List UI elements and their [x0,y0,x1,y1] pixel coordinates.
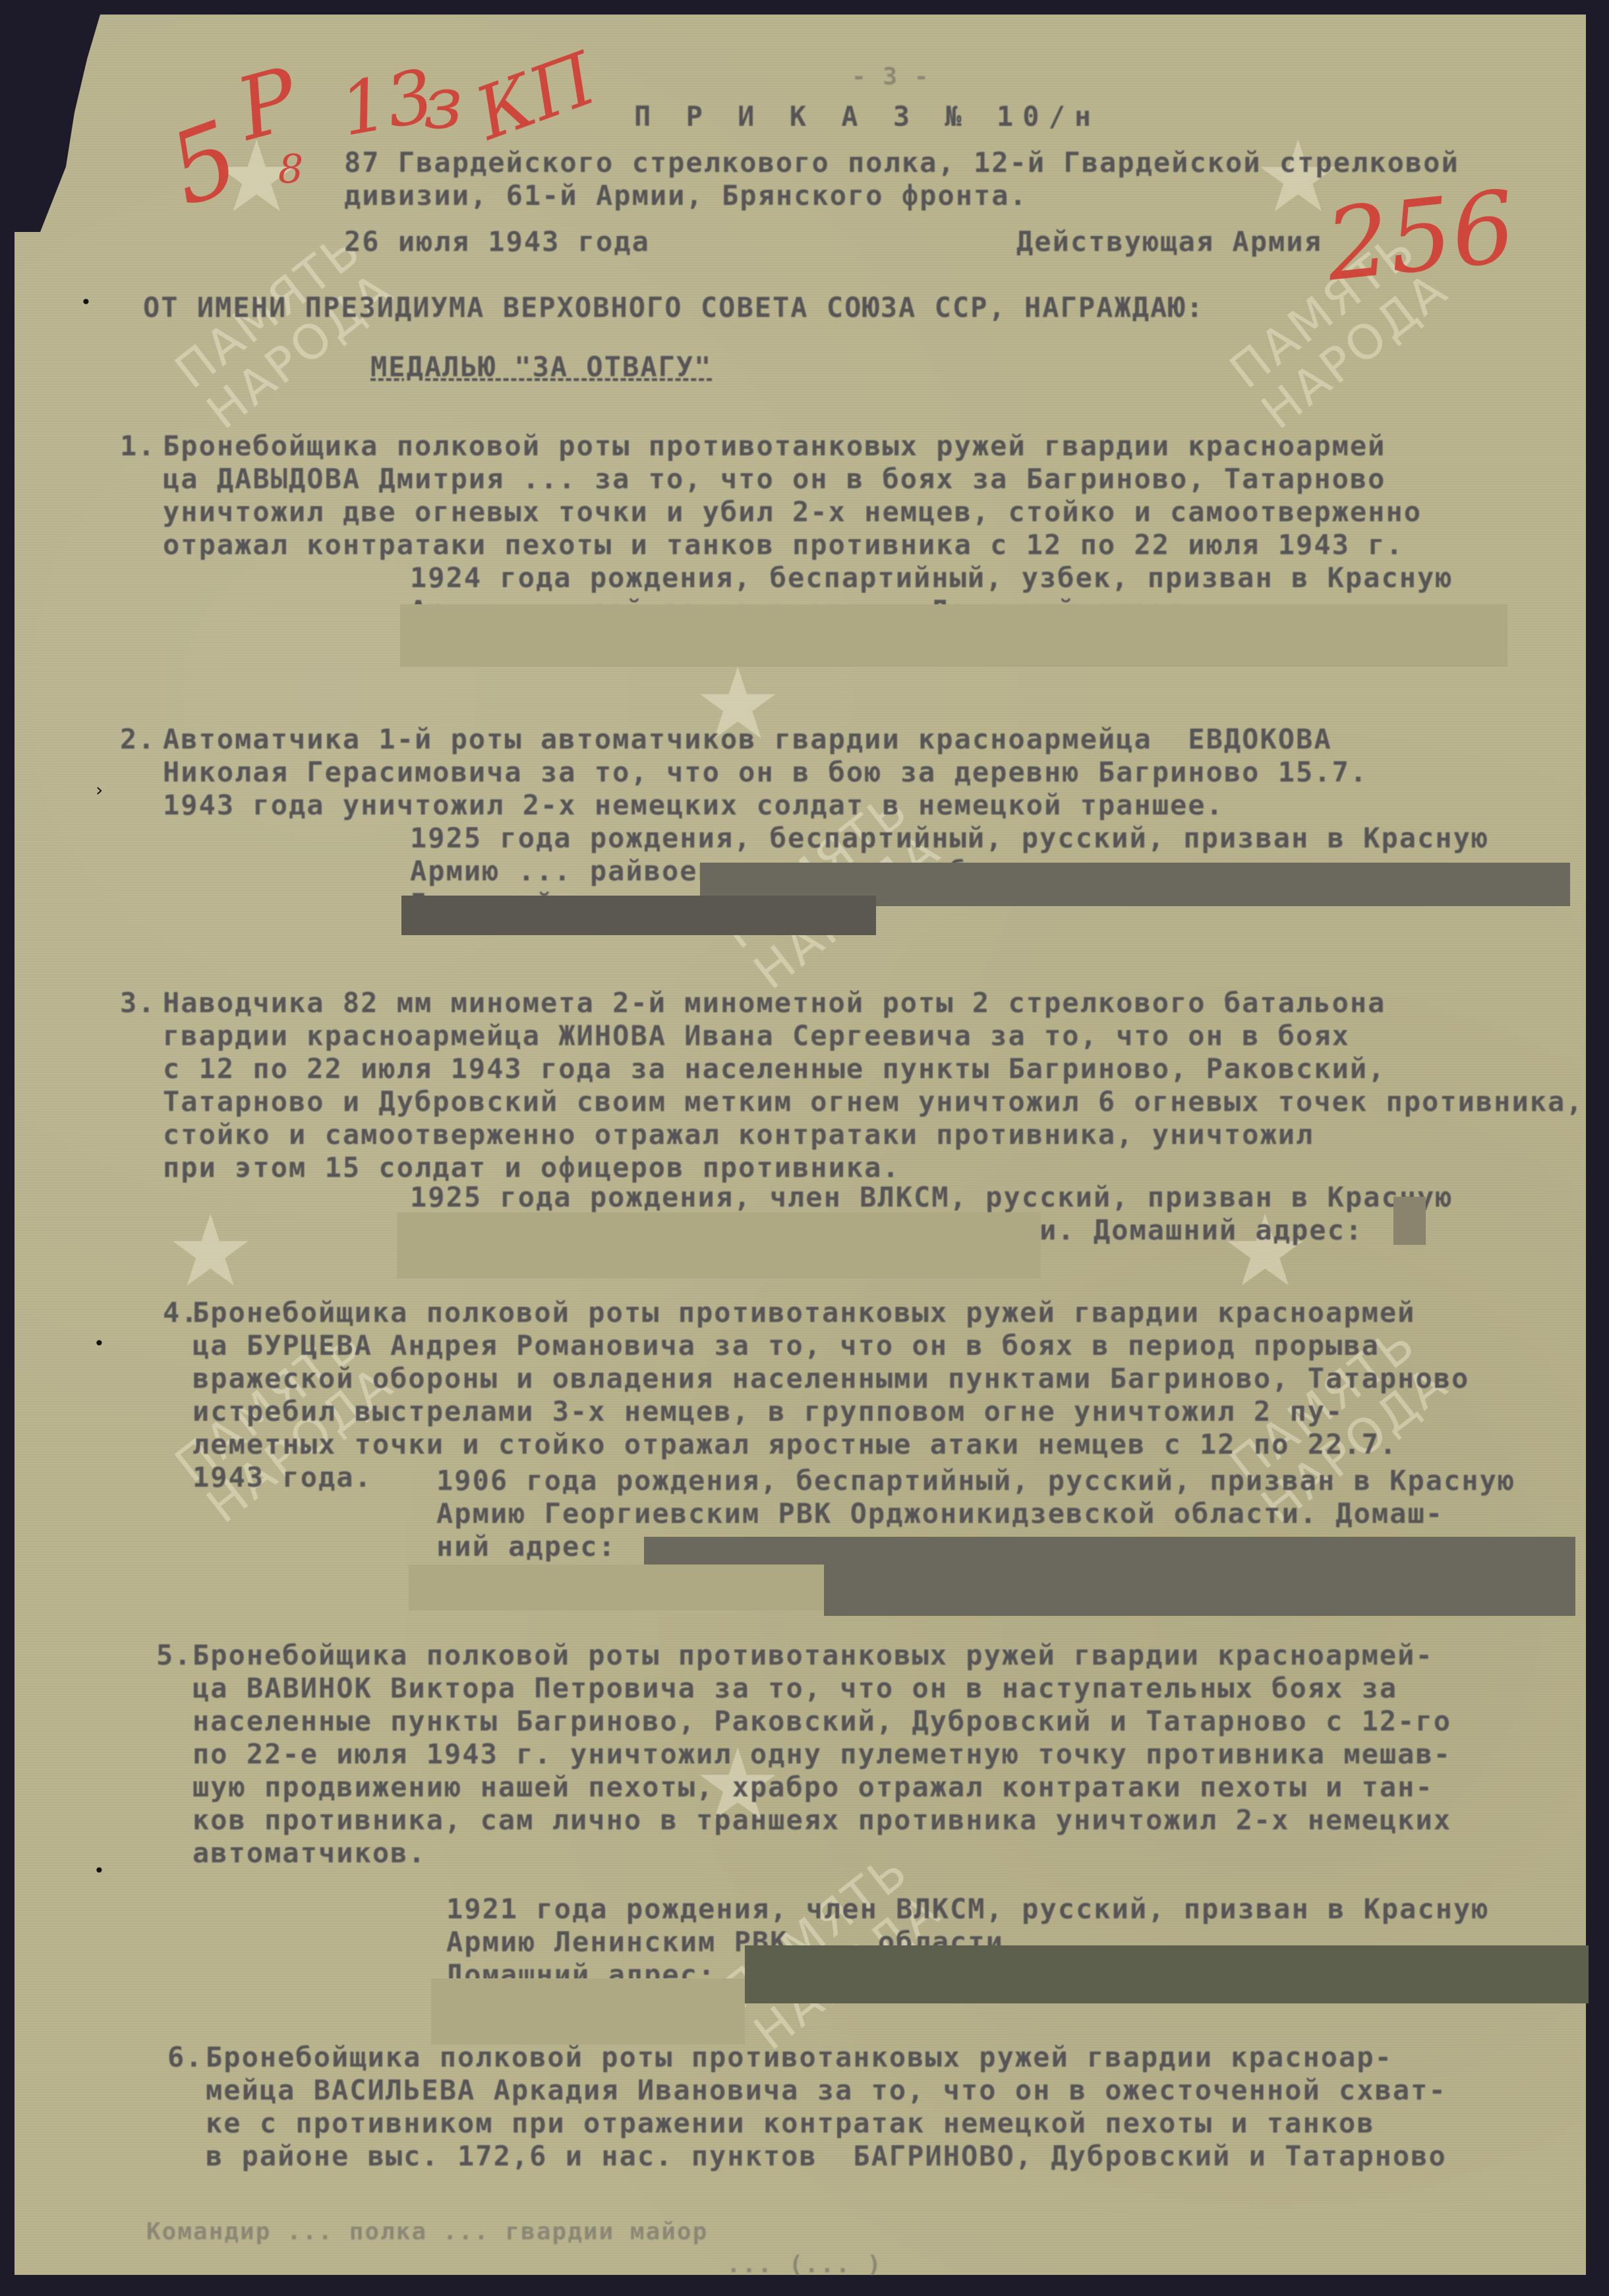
entry-number: 1. [120,430,156,463]
entry-5-bio: 1921 года рождения, член ВЛКСМ, русский,… [446,1893,1490,1926]
entry-6-line: в районе выс. 172,6 и нас. пунктов БАГРИ… [206,2140,1447,2173]
entry-4-bio: ний адрес: [436,1530,616,1563]
punch-mark: › [94,779,105,801]
entry-5-line: ца ВАВИНОК Виктора Петровича за то, что … [192,1672,1397,1705]
entry-2-line: Автоматчика 1-й роты автоматчиков гварди… [163,723,1332,756]
entry-6-line: мейца ВАСИЛЬЕВА Аркадия Ивановича за то,… [206,2074,1447,2107]
footer-bleed-through: Командир ... полка ... гвардии майор [146,2216,708,2249]
torn-corner [15,14,100,232]
entry-4-line: ца БУРЦЕВА Андрея Романовича за то, что … [192,1329,1380,1362]
entry-number: 3. [120,987,156,1019]
order-title: П Р И К А З № 10/н [634,100,1100,133]
red-pencil-mark: 8 [278,146,303,192]
entry-number: 2. [120,723,156,756]
punch-mark: • [80,291,92,313]
entry-6-line: Бронебойщика полковой роты противотанков… [206,2041,1393,2074]
preamble: ОТ ИМЕНИ ПРЕЗИДИУМА ВЕРХОВНОГО СОВЕТА СО… [143,291,1204,324]
entry-5-line: ков противника, сам лично в траншеях про… [192,1804,1451,1837]
redaction-block [397,1213,1041,1278]
redaction-block [644,1537,1575,1566]
entry-3-line: с 12 по 22 июля 1943 года за населенные … [163,1052,1386,1085]
document-page: ПАМЯТЬ НАРОДА ПАМЯТЬ НАРОДА ПАМЯТЬ НАРОД… [15,14,1586,2275]
page-number: - 3 - [852,61,929,94]
entry-4-line: истребил выстрелами 3-х немцев, в группо… [192,1395,1343,1428]
red-page-number: 256 [1321,170,1521,304]
entry-3-line: Татарново и Дубровский своим метким огне… [163,1085,1584,1118]
award-heading: МЕДАЛЬЮ "ЗА ОТВАГУ" [370,351,712,384]
entry-5-line: автоматчиков. [192,1837,426,1870]
entry-number: 5. [156,1639,192,1672]
redaction-block [1393,1197,1426,1245]
redaction-block [400,604,1507,667]
entry-1-line: уничтожил две огневых точки и убил 2-х н… [163,496,1422,529]
header-unit-line-2: дивизии, 61-й Армии, Брянского фронта. [344,179,1028,212]
entry-5-line: Бронебойщика полковой роты противотанков… [192,1639,1434,1672]
punch-mark: • [94,1860,105,1881]
entry-number: 6. [167,2041,204,2074]
entry-2-bio: 1925 года рождения, беспартийный, русски… [410,822,1489,855]
redaction-block [409,1564,824,1611]
redaction-block [745,1945,1589,2003]
entry-1-line: отражал контратаки пехоты и танков проти… [163,529,1404,561]
redaction-block [824,1563,1575,1616]
entry-6-line: ке с противником при отражении контратак… [206,2107,1375,2140]
footer-bleed-through: ... (... ) [726,2249,883,2282]
entry-1-line: ца ДАВЫДОВА Дмитрия ... за то, что он в … [163,463,1386,496]
red-pencil-mark: КП [465,36,606,156]
entry-2-line: 1943 года уничтожил 2-х немецких солдат … [163,789,1224,822]
redaction-block [401,896,876,935]
entry-3-line: при этом 15 солдат и офицеров противника… [163,1151,900,1184]
entry-3-line: Наводчика 82 мм миномета 2-й минометной … [163,987,1386,1019]
punch-mark: • [94,1333,105,1354]
entry-3-bio: 1925 года рождения, член ВЛКСМ, русский,… [410,1181,1453,1214]
entry-4-line: вражеской обороны и овладения населенным… [192,1362,1469,1395]
entry-4-line: леметных точки и стойко отражал яростные… [192,1428,1397,1461]
entry-2-line: Николая Герасимовича за то, что он в бою… [163,756,1368,789]
entry-5-line: населенные пункты Багриново, Раковский, … [192,1705,1451,1738]
order-date: 26 июля 1943 года [344,225,650,258]
header-unit-line-1: 87 Гвардейского стрелкового полка, 12-й … [344,146,1459,179]
entry-5-line: по 22-е июля 1943 г. уничтожил одну пуле… [192,1738,1451,1771]
redaction-block [431,1978,745,2044]
entry-4-bio: Армию Георгиевским РВК Орджоникидзевской… [436,1497,1444,1530]
entry-5-line: шую продвижению нашей пехоты, храбро отр… [192,1771,1434,1804]
entry-3-line: стойко и самоотверженно отражал контрата… [163,1118,1314,1151]
entry-3-line: гвардии красноармейца ЖИНОВА Ивана Серге… [163,1019,1350,1052]
entry-4-line: Бронебойщика полковой роты противотанков… [192,1296,1415,1329]
entry-4-line: 1943 года. [192,1461,372,1494]
entry-1-bio: 1924 года рождения, беспартийный, узбек,… [410,561,1453,594]
red-pencil-mark: з [423,61,463,145]
star-icon: ★ [166,1194,254,1309]
entry-4-bio: 1906 года рождения, беспартийный, русски… [436,1464,1515,1497]
entry-1-line: Бронебойщика полковой роты противотанков… [163,430,1386,463]
order-location: Действующая Армия [1016,225,1322,258]
